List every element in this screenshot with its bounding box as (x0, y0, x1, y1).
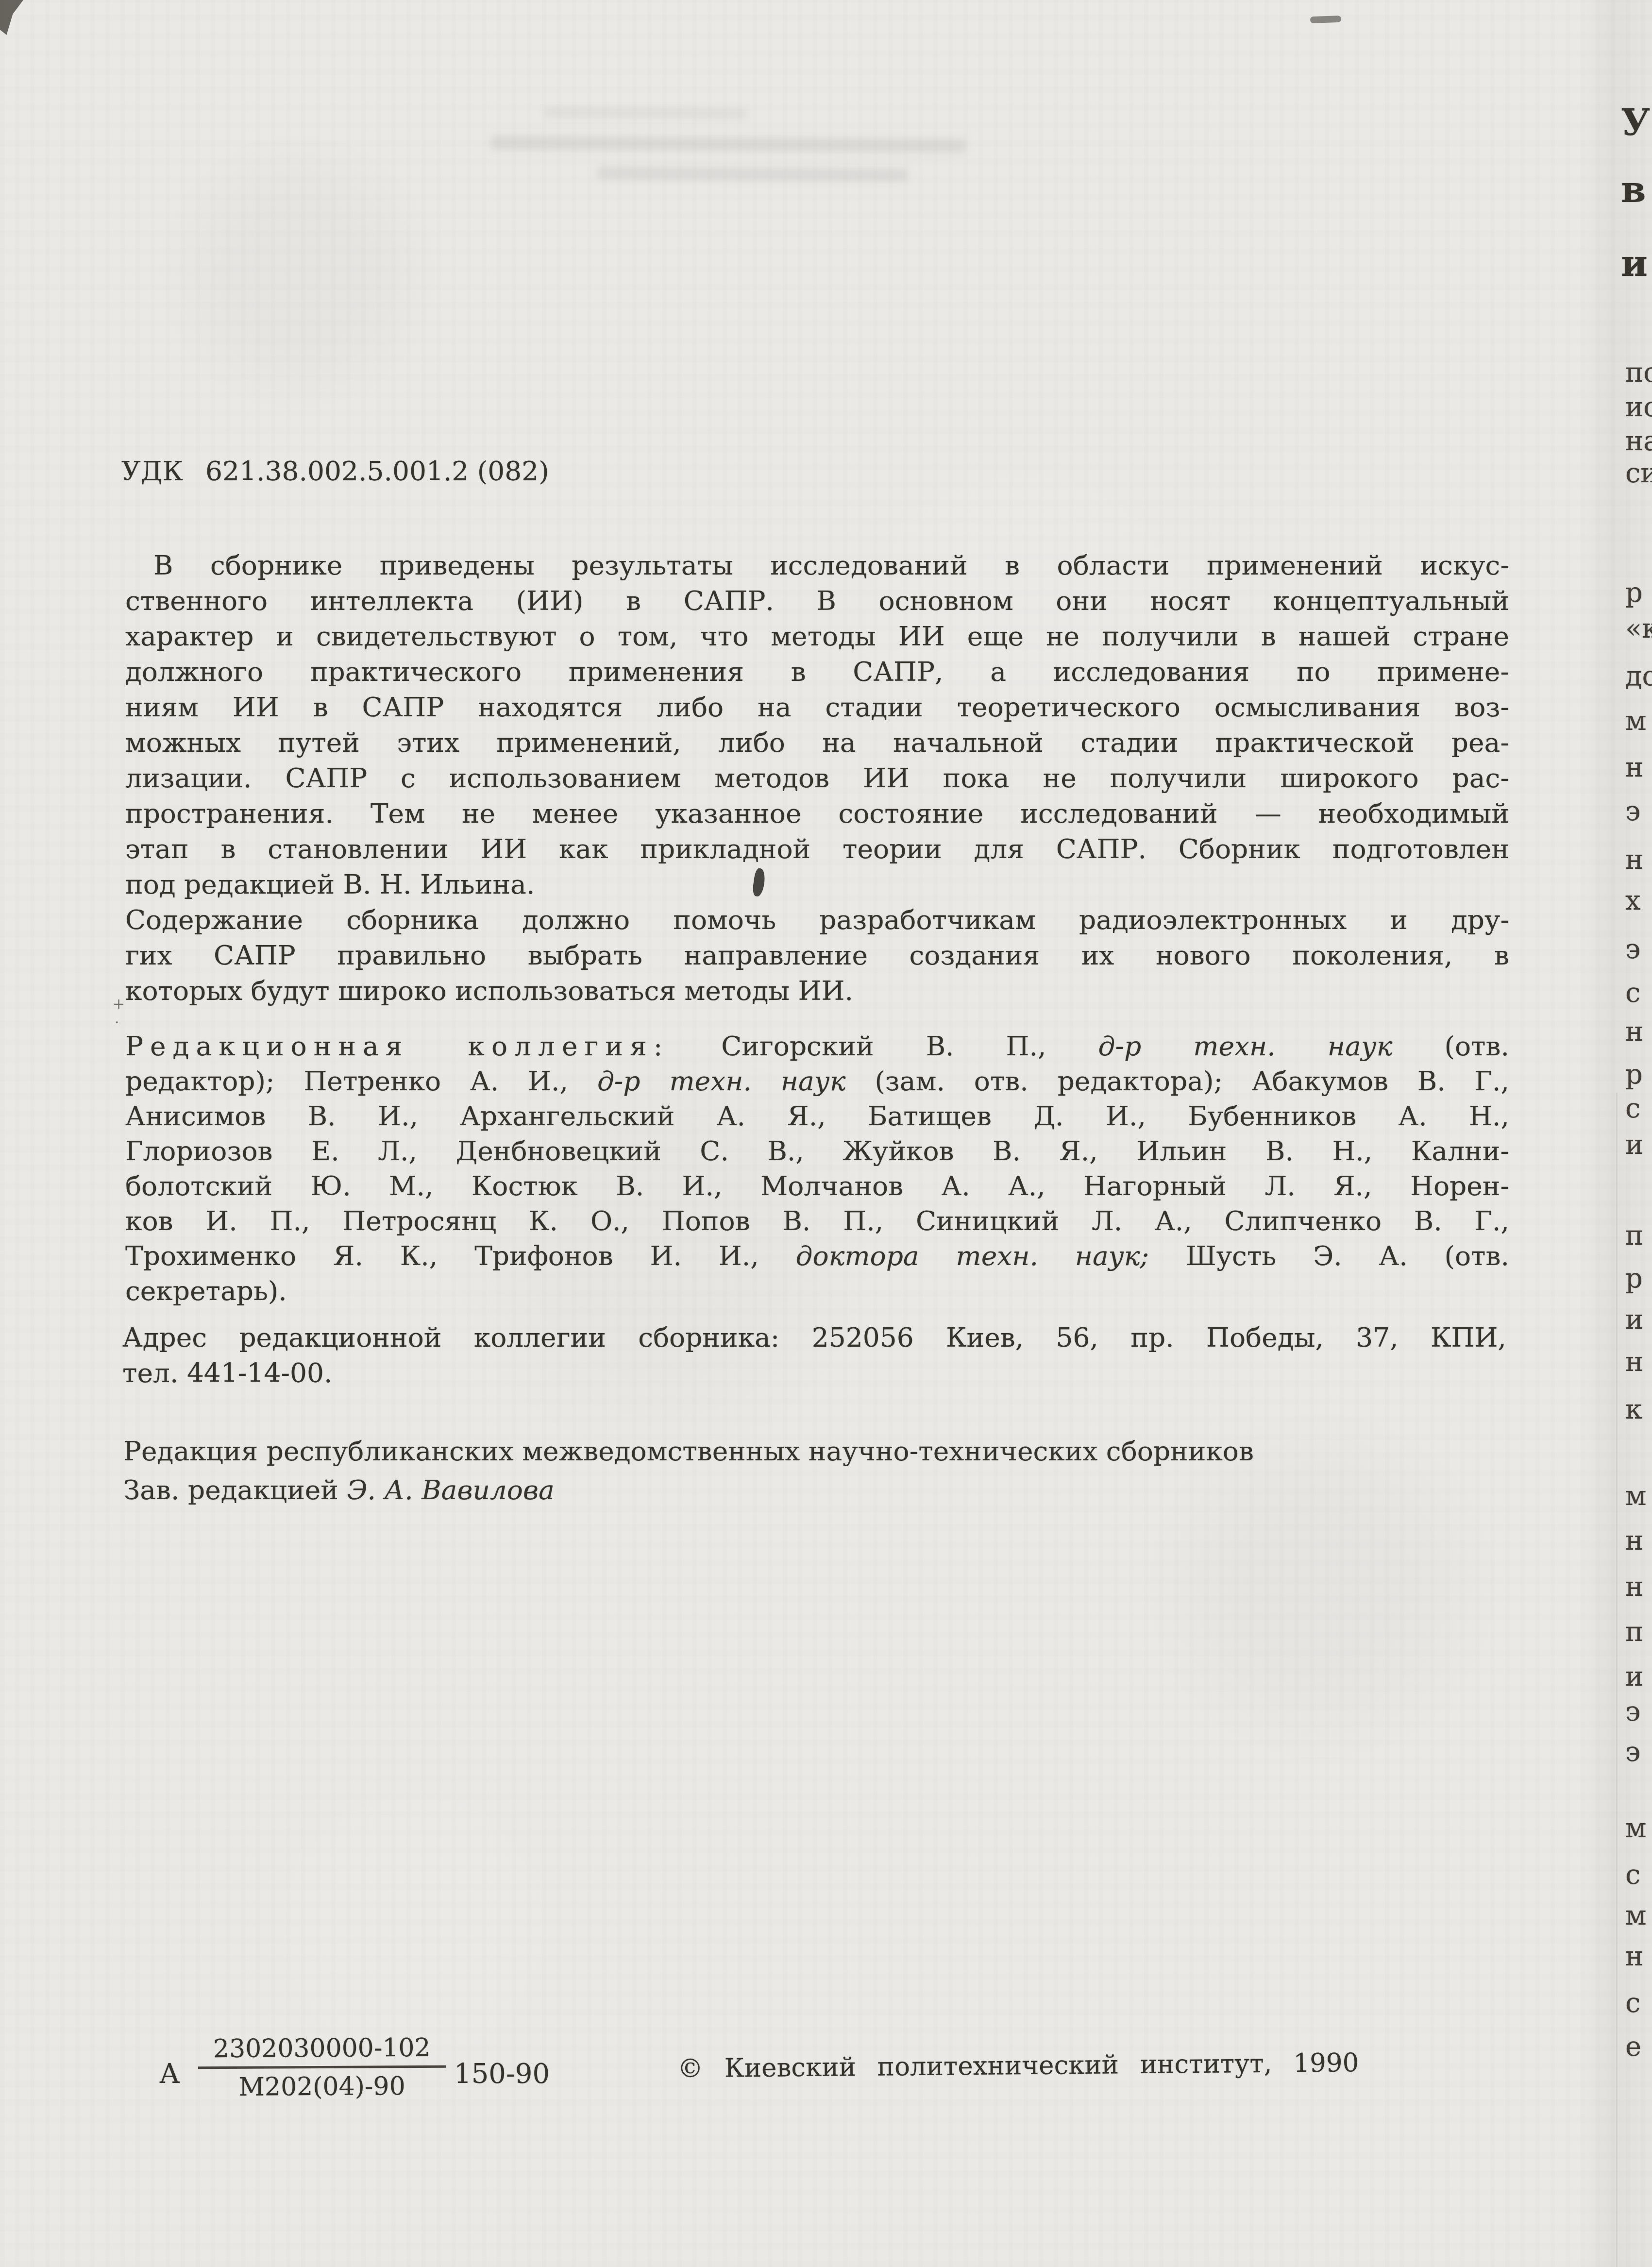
text-line: В сборнике приведены результаты исследов… (125, 548, 1509, 583)
edge-fragment: м (1625, 1900, 1647, 1931)
annotation-paragraph: В сборнике приведены результаты исследов… (125, 548, 1509, 1009)
text-line: болотский Ю. М., Костюк В. И., Молчанов … (125, 1168, 1509, 1203)
scan-artifact-dash (1310, 16, 1341, 23)
edge-fragment: к (1625, 1394, 1642, 1425)
edge-fragment: с (1625, 977, 1640, 1009)
edge-fragment: р (1625, 1059, 1643, 1090)
address-line: Адрес редакционной коллегии сборника: 25… (122, 1320, 1506, 1355)
edge-fragment: с (1625, 1093, 1640, 1124)
edge-fragment: м (1625, 1812, 1647, 1844)
text-segment: д-р техн. наук (597, 1066, 846, 1097)
text-line: лизации. САПР с использованием методов И… (125, 761, 1509, 796)
text-segment: Шусть Э. А. (отв. (1149, 1240, 1509, 1271)
text-line: Трохименко Я. К., Трифонов И. И., доктор… (125, 1238, 1509, 1273)
text-line: этап в становлении ИИ как прикладной тео… (125, 831, 1509, 867)
text-segment: доктора техн. наук; (796, 1240, 1149, 1271)
edge-fragment: р (1625, 1263, 1643, 1294)
imprint-numerator: 2302030000-102 (198, 2033, 446, 2069)
edge-fragment: п (1625, 1220, 1643, 1252)
bleed-through-ghost-text (490, 135, 966, 153)
imprint-code: 150-90 (454, 2058, 550, 2090)
edge-fragment: х (1625, 885, 1641, 916)
text-segment: редактор); Петренко А. И., (125, 1066, 597, 1097)
text-line: Анисимов В. И., Архангельский А. Я., Бат… (125, 1099, 1509, 1133)
text-line: ков И. П., Петросянц К. О., Попов В. П.,… (125, 1203, 1509, 1238)
scan-artifact-margin-mark: + (113, 996, 125, 1013)
edge-fragment: и (1625, 1304, 1643, 1336)
edge-fragment: си (1625, 457, 1652, 489)
bleed-through-ghost-text (544, 107, 748, 119)
text-segment: секретарь). (125, 1275, 287, 1306)
scanned-book-imprint-page: { "colors": { "paper": "#eae9e6", "ink":… (0, 0, 1652, 2267)
text-line: пространения. Тем не менее указанное сос… (125, 796, 1509, 831)
edge-fragment: с (1625, 1987, 1640, 2019)
edge-fragment: н (1625, 1016, 1643, 1048)
text-line: редактор); Петренко А. И., д-р техн. нау… (125, 1064, 1509, 1099)
text-segment: Зав. редакцией (123, 1474, 347, 1506)
page-edge-shadow (1579, 0, 1652, 2267)
edge-fragment: э (1625, 795, 1640, 827)
text-segment: (отв. (1392, 1031, 1509, 1062)
text-segment: Сигорский В. П., (669, 1031, 1098, 1062)
edge-fragment: У (1621, 102, 1650, 144)
text-line: Содержание сборника должно помочь разраб… (125, 902, 1509, 938)
edge-fragment: н (1625, 1346, 1643, 1378)
editorial-board-paragraph: Редакционная коллегия: Сигорский В. П., … (125, 1029, 1509, 1308)
imprint-denominator: М202(04)-90 (198, 2068, 446, 2102)
edge-fragment: «к (1625, 613, 1652, 644)
udc-value: 621.38.002.5.001.2 (082) (205, 456, 549, 487)
text-line: Глориозов Е. Л., Денбновецкий С. В., Жуй… (125, 1133, 1509, 1168)
edge-fragment: ис (1625, 391, 1652, 423)
edge-fragment: м (1625, 1480, 1647, 1512)
edge-fragment: и (1625, 1129, 1643, 1161)
text-line: можных путей этих применений, либо на на… (125, 725, 1509, 761)
text-line: Редакционная коллегия: Сигорский В. П., … (125, 1029, 1509, 1064)
text-segment: Трохименко Я. К., Трифонов И. И., (125, 1240, 796, 1271)
edge-fragment: н (1625, 844, 1643, 876)
imprint-fraction: 2302030000-102 М202(04)-90 (198, 2033, 446, 2102)
edge-fragment: и (1621, 243, 1648, 285)
edge-fragment: на (1625, 425, 1652, 457)
edge-fragment: э (1625, 933, 1640, 965)
edge-fragment: р (1625, 577, 1643, 609)
edge-fragment: до (1625, 660, 1652, 692)
text-line: ственного интеллекта (ИИ) в САПР. В осно… (125, 583, 1509, 619)
edge-fragment: н (1625, 1571, 1643, 1603)
text-line: под редакцией В. Н. Ильина. (125, 867, 1509, 902)
edge-fragment: э (1625, 1736, 1640, 1768)
scan-artifact-corner-mark (0, 0, 23, 35)
edge-fragment: м (1625, 705, 1647, 737)
scan-artifact-margin-mark: · (115, 1014, 119, 1031)
editorial-office-line: Редакция республиканских межведомственны… (123, 1434, 1532, 1469)
copyright-line: © Киевский политехнический институт, 199… (677, 2047, 1503, 2084)
edge-fragment: в (1621, 169, 1646, 211)
text-segment: Э. А. Вавилова (347, 1474, 555, 1506)
text-segment: болотский Ю. М., Костюк В. И., Молчанов … (125, 1170, 1509, 1201)
edge-fragment: э (1625, 1696, 1640, 1727)
edge-fragment: е (1625, 2031, 1641, 2063)
text-line: должного практического применения в САПР… (125, 654, 1509, 690)
managing-editor-line: Зав. редакцией Э. А. Вавилова (123, 1472, 1532, 1508)
udc-line: УДК621.38.002.5.001.2 (082) (121, 456, 549, 487)
edge-fragment: с (1625, 1859, 1640, 1891)
edge-fragment: н (1625, 1525, 1643, 1556)
text-line: характер и свидетельствуют о том, что ме… (125, 619, 1509, 654)
page-edge-line (1616, 1093, 1618, 2267)
edge-fragment: по (1625, 357, 1652, 389)
udc-label: УДК (121, 456, 183, 487)
address-phone-line: тел. 441-14-00. (122, 1355, 1506, 1391)
imprint-series-letter: А (159, 2058, 180, 2090)
edge-fragment: н (1625, 1941, 1643, 1972)
text-segment: Глориозов Е. Л., Денбновецкий С. В., Жуй… (125, 1135, 1509, 1167)
edge-fragment: п (1625, 1616, 1643, 1648)
edge-fragment: н (1625, 752, 1643, 783)
text-segment: д-р техн. наук (1098, 1031, 1393, 1062)
bleed-through-ghost-text (597, 167, 908, 181)
text-line: гих САПР правильно выбрать направление с… (125, 938, 1509, 973)
text-segment: (зам. отв. редактора); Абакумов В. Г., (846, 1066, 1509, 1097)
address-paragraph: Адрес редакционной коллегии сборника: 25… (122, 1320, 1506, 1391)
text-line: ниям ИИ в САПР находятся либо на стадии … (125, 690, 1509, 725)
edge-fragment: и (1625, 1661, 1643, 1692)
text-segment: ков И. П., Петросянц К. О., Попов В. П.,… (125, 1205, 1509, 1236)
text-segment: Анисимов В. И., Архангельский А. Я., Бат… (125, 1100, 1509, 1132)
text-segment: Редакционная коллегия: (125, 1031, 669, 1062)
text-line: секретарь). (125, 1273, 1509, 1308)
text-line: которых будут широко использоваться мето… (125, 973, 1509, 1009)
